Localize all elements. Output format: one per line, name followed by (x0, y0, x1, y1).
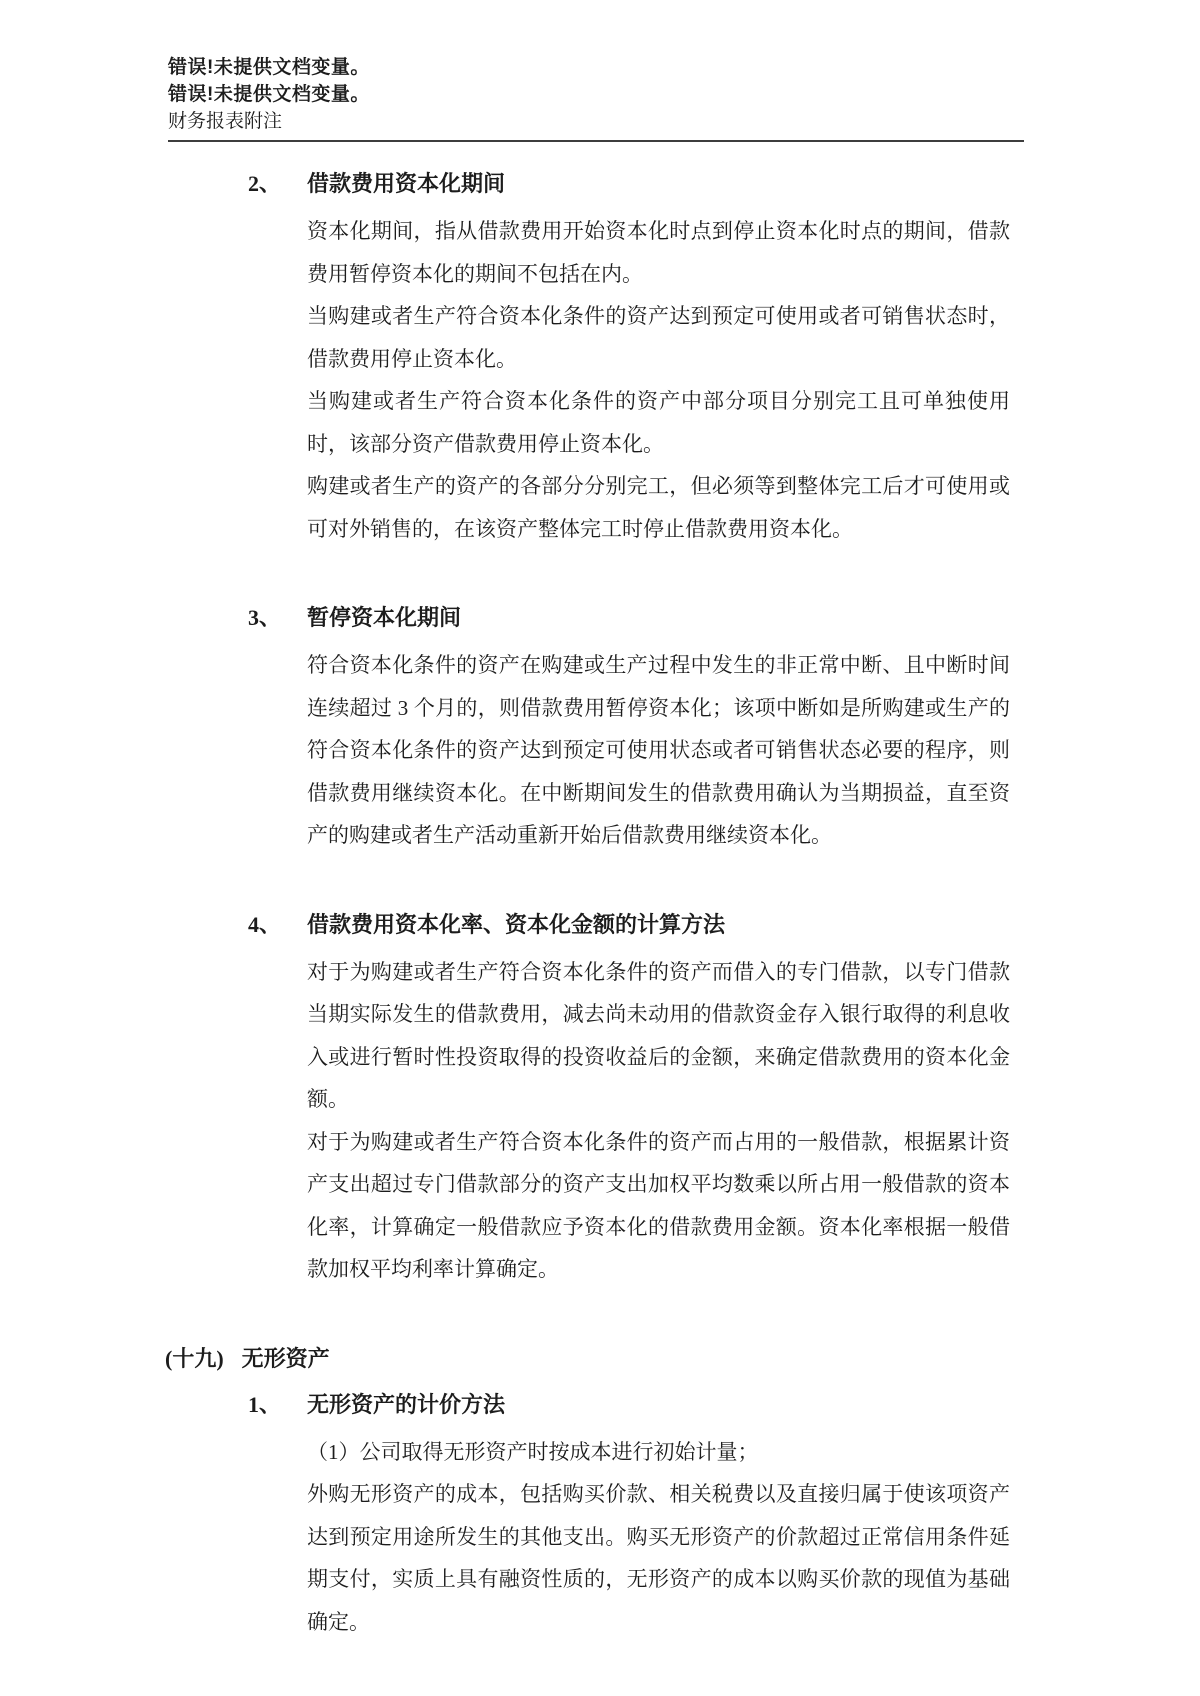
section-intangible-asset-valuation-method: 1、 无形资产的计价方法 （1）公司取得无形资产时按成本进行初始计量； 外购无形… (307, 1389, 1010, 1644)
chapter-intangible-assets-heading: (十九)无形资产 (165, 1343, 1010, 1375)
paragraph: 当购建或者生产符合资本化条件的资产中部分项目分别完工且可单独使用时，该部分资产借… (307, 380, 1010, 465)
paragraph: 外购无形资产的成本，包括购买价款、相关税费以及直接归属于使该项资产达到预定用途所… (307, 1473, 1010, 1643)
header-doc-title: 财务报表附注 (168, 109, 1024, 135)
section-heading: 3、 暂停资本化期间 (307, 602, 1010, 634)
section-borrowing-cost-capitalization-period: 2、 借款费用资本化期间 资本化期间，指从借款费用开始资本化时点到停止资本化时点… (307, 168, 1010, 550)
section-heading: 1、 无形资产的计价方法 (307, 1389, 1010, 1421)
header-divider (168, 140, 1024, 142)
document-body: 2、 借款费用资本化期间 资本化期间，指从借款费用开始资本化时点到停止资本化时点… (0, 168, 1200, 1643)
paragraph: 对于为购建或者生产符合资本化条件的资产而借入的专门借款，以专门借款当期实际发生的… (307, 951, 1010, 1121)
section-title: 无形资产的计价方法 (307, 1392, 505, 1417)
chapter-number: (十九) (165, 1346, 224, 1371)
paragraph: 符合资本化条件的资产在购建或生产过程中发生的非正常中断、且中断时间连续超过 3 … (307, 644, 1010, 857)
section-title: 借款费用资本化率、资本化金额的计算方法 (307, 912, 725, 937)
paragraph: 资本化期间，指从借款费用开始资本化时点到停止资本化时点的期间，借款费用暂停资本化… (307, 210, 1010, 295)
page-header: 错误!未提供文档变量。 错误!未提供文档变量。 财务报表附注 (168, 0, 1024, 142)
paragraph: （1）公司取得无形资产时按成本进行初始计量； (307, 1431, 1010, 1474)
section-heading: 4、 借款费用资本化率、资本化金额的计算方法 (307, 909, 1010, 941)
section-number: 2、 (248, 168, 281, 200)
section-capitalization-rate-calculation-method: 4、 借款费用资本化率、资本化金额的计算方法 对于为购建或者生产符合资本化条件的… (307, 909, 1010, 1291)
section-number: 1、 (248, 1389, 281, 1421)
header-error-line-1: 错误!未提供文档变量。 (168, 54, 1024, 81)
header-error-line-2: 错误!未提供文档变量。 (168, 81, 1024, 108)
section-heading: 2、 借款费用资本化期间 (307, 168, 1010, 200)
paragraph: 当购建或者生产符合资本化条件的资产达到预定可使用或者可销售状态时，借款费用停止资… (307, 295, 1010, 380)
section-title: 借款费用资本化期间 (307, 171, 505, 196)
section-title: 暂停资本化期间 (307, 605, 461, 630)
chapter-title: 无形资产 (242, 1346, 330, 1371)
section-number: 3、 (248, 602, 281, 634)
document-page: 错误!未提供文档变量。 错误!未提供文档变量。 财务报表附注 2、 借款费用资本… (0, 0, 1200, 1696)
paragraph: 对于为购建或者生产符合资本化条件的资产而占用的一般借款，根据累计资产支出超过专门… (307, 1121, 1010, 1291)
section-suspension-of-capitalization-period: 3、 暂停资本化期间 符合资本化条件的资产在购建或生产过程中发生的非正常中断、且… (307, 602, 1010, 857)
section-number: 4、 (248, 909, 281, 941)
paragraph: 购建或者生产的资产的各部分分别完工，但必须等到整体完工后才可使用或可对外销售的，… (307, 465, 1010, 550)
